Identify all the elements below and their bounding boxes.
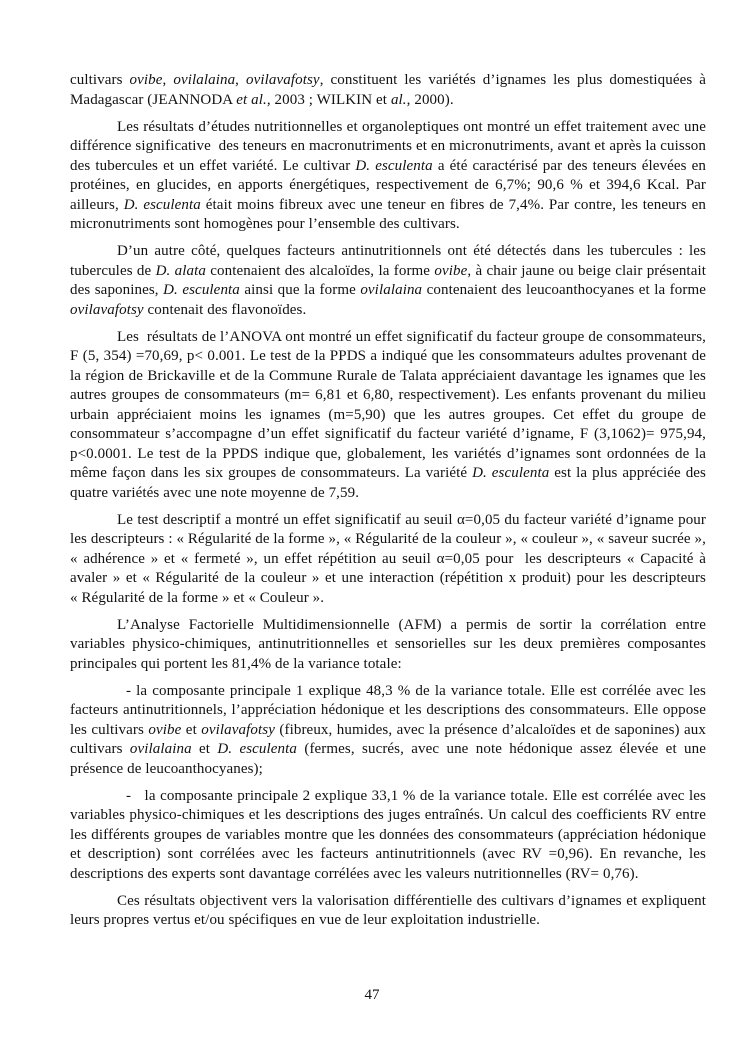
italic-text-run: ovibe: [130, 72, 163, 88]
text-run: Ces résultats objectivent vers la valori…: [70, 893, 706, 929]
text-run: contenaient des alcaloïdes, la forme: [206, 263, 434, 279]
italic-text-run: D. esculenta: [163, 282, 240, 298]
paragraph: - la composante principale 1 explique 48…: [70, 682, 706, 780]
paragraph: L’Analyse Factorielle Multidimensionnell…: [70, 616, 706, 675]
italic-text-run: D. esculenta: [355, 158, 432, 174]
italic-text-run: D. esculenta: [217, 741, 297, 757]
italic-text-run: D. alata: [156, 263, 206, 279]
document-body: cultivars ovibe, ovilalaina, ovilavafots…: [70, 71, 706, 938]
text-run: ,: [163, 72, 174, 88]
paragraph: cultivars ovibe, ovilalaina, ovilavafots…: [70, 71, 706, 110]
page-number: 47: [365, 987, 380, 1003]
italic-text-run: D. esculenta: [472, 465, 549, 481]
page-footer: 47: [0, 986, 744, 1006]
text-run: - la composante principale 2 explique 33…: [70, 788, 706, 882]
italic-text-run: ovilalaina: [173, 72, 235, 88]
text-run: contenaient des leucoanthocyanes et la f…: [422, 282, 706, 298]
text-run: et: [181, 722, 201, 738]
text-run: et: [192, 741, 218, 757]
italic-text-run: ovilavafotsy: [246, 72, 320, 88]
paragraph: Les résultats d’études nutritionnelles e…: [70, 118, 706, 235]
text-run: ,: [235, 72, 246, 88]
text-run: cultivars: [70, 72, 130, 88]
paragraph: Ces résultats objectivent vers la valori…: [70, 892, 706, 931]
italic-text-run: ovibe: [434, 263, 467, 279]
italic-text-run: al.: [391, 92, 407, 108]
paragraph: Le test descriptif a montré un effet sig…: [70, 511, 706, 609]
paragraph: - la composante principale 2 explique 33…: [70, 787, 706, 885]
text-run: Les résultats de l’ANOVA ont montré un e…: [70, 329, 706, 482]
paragraph: D’un autre côté, quelques facteurs antin…: [70, 242, 706, 320]
italic-text-run: ovilavafotsy: [70, 302, 144, 318]
italic-text-run: ovilalaina: [360, 282, 422, 298]
text-run: ainsi que la forme: [240, 282, 360, 298]
paragraph: Les résultats de l’ANOVA ont montré un e…: [70, 328, 706, 504]
italic-text-run: D. esculenta: [124, 197, 201, 213]
document-page: cultivars ovibe, ovilalaina, ovilavafots…: [0, 0, 744, 1053]
italic-text-run: et al.: [236, 92, 267, 108]
text-run: , 2000).: [407, 92, 454, 108]
text-run: contenait des flavonoïdes.: [144, 302, 307, 318]
text-run: L’Analyse Factorielle Multidimensionnell…: [70, 617, 706, 672]
italic-text-run: ovibe: [148, 722, 181, 738]
text-run: Le test descriptif a montré un effet sig…: [70, 512, 706, 606]
italic-text-run: ovilavafotsy: [201, 722, 275, 738]
text-run: , 2003 ; WILKIN et: [267, 92, 391, 108]
italic-text-run: ovilalaina: [130, 741, 192, 757]
